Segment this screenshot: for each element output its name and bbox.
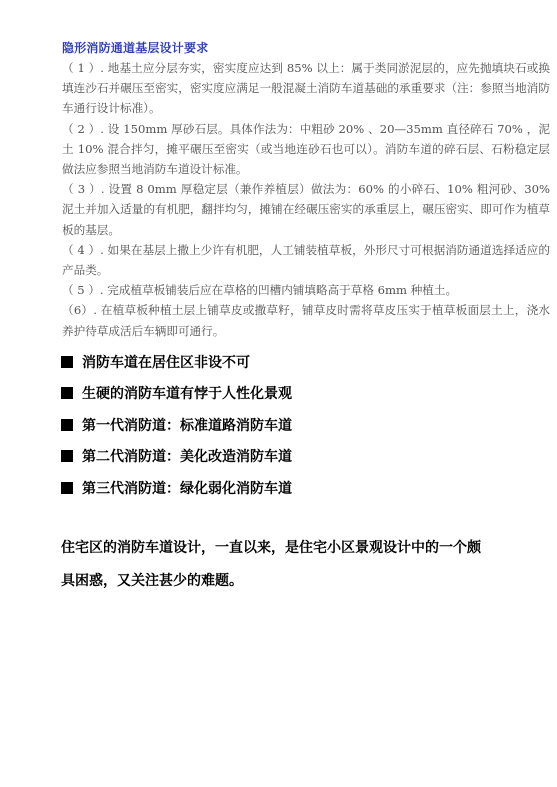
list-item: 消防车道在居住区非设不可 [61,346,292,378]
list-item-text: 第一代消防道：标准道路消防车道 [82,415,292,435]
list-item-text: 第二代消防道：美化改造消防车道 [82,446,292,466]
square-bullet-icon [61,387,73,399]
list-item-text: 生硬的消防车道有悖于人性化景观 [82,383,292,403]
requirement-item-2: （ 2 ）. 设 150mm 厚砂石层。具体作法为：中粗砂 20% 、20—35… [62,119,550,180]
requirement-item-3: （ 3 ）. 设置 8 0mm 厚稳定层（兼作养植层）做法为：60% 的小碎石、… [62,179,550,240]
body-paragraph: 住宅区的消防车道设计，一直以来，是住宅小区景观设计中的一个颇具困惑，又关注甚少的… [61,532,481,598]
embedded-image-design-requirements: 隐形消防通道基层设计要求 （ 1 ）. 地基土应分层夯实，密实度应达到 85% … [62,38,550,318]
square-bullet-icon [61,450,73,462]
list-item: 第三代消防道：绿化弱化消防车道 [61,472,292,504]
requirement-item-6: （6）. 在植草板种植土层上铺草皮或撒草籽，铺草皮时需将草皮压实于植草板面层土上… [62,300,550,340]
square-bullet-icon [61,356,73,368]
list-item: 第二代消防道：美化改造消防车道 [61,441,292,473]
square-bullet-icon [61,482,73,494]
document-page: 隐形消防通道基层设计要求 （ 1 ）. 地基土应分层夯实，密实度应达到 85% … [0,0,557,787]
requirement-item-5: （ 5 ）. 完成植草板铺装后应在草格的凹槽内铺填略高于草格 6mm 种植土。 [62,280,550,300]
list-item: 第一代消防道：标准道路消防车道 [61,409,292,441]
square-bullet-icon [61,419,73,431]
bullet-list: 消防车道在居住区非设不可 生硬的消防车道有悖于人性化景观 第一代消防道：标准道路… [61,346,292,504]
requirement-item-1: （ 1 ）. 地基土应分层夯实，密实度应达到 85% 以上：属于类同淤泥层的，应… [62,58,550,119]
image-title: 隐形消防通道基层设计要求 [62,38,550,58]
list-item-text: 消防车道在居住区非设不可 [82,352,250,372]
requirement-item-4: （ 4 ）. 如果在基层上撒上少许有机肥，人工铺装植草板，外形尺寸可根据消防通道… [62,240,550,280]
list-item-text: 第三代消防道：绿化弱化消防车道 [82,478,292,498]
list-item: 生硬的消防车道有悖于人性化景观 [61,378,292,410]
